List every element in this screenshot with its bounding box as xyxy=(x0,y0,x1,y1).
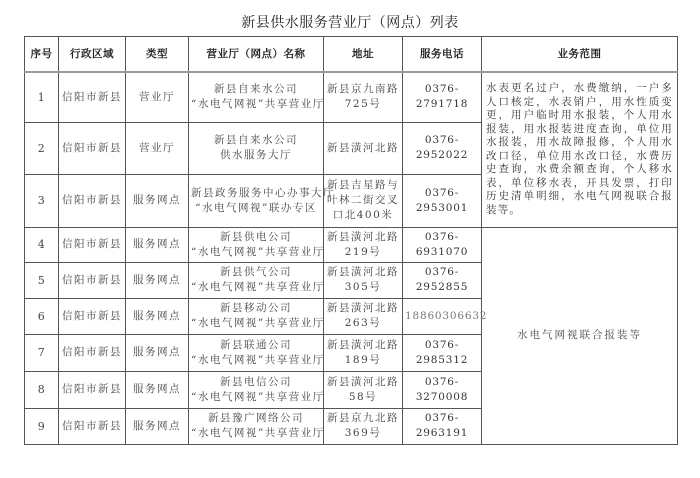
name-line-2: “水电气网视”共享营业厅 xyxy=(191,97,321,112)
cell-region: 信阳市新县 xyxy=(59,262,126,298)
name-line-1: 新县供气公司 xyxy=(191,265,321,280)
header-phone: 服务电话 xyxy=(403,37,482,73)
cell-region: 信阳市新县 xyxy=(59,227,126,262)
header-no: 序号 xyxy=(25,37,59,73)
cell-region: 信阳市新县 xyxy=(59,174,126,227)
address-line-2: 263号 xyxy=(326,316,400,331)
cell-name: 新县电信公司 “水电气网视”共享营业厅 xyxy=(189,371,324,408)
address-line-2: 219号 xyxy=(326,245,400,260)
cell-no: 9 xyxy=(25,408,59,444)
name-line-2: “水电气网视”共享营业厅 xyxy=(191,316,321,331)
cell-name: 新县豫广网络公司 “水电气网视”共享营业厅 xyxy=(189,408,324,444)
cell-name: 新县联通公司 “水电气网视”共享营业厅 xyxy=(189,334,324,371)
header-name: 营业厅（网点）名称 xyxy=(189,37,324,73)
address-line-1: 新县潢河北路 xyxy=(326,230,400,245)
cell-no: 7 xyxy=(25,334,59,371)
address-line-2: 305号 xyxy=(326,280,400,295)
address-line-3: 口北400米 xyxy=(326,208,400,223)
name-line-2: “水电气网视”共享营业厅 xyxy=(191,245,321,260)
cell-address: 新县吉星路与 叶林二街交叉 口北400米 xyxy=(324,174,403,227)
cell-no: 6 xyxy=(25,298,59,334)
cell-type: 服务网点 xyxy=(126,227,189,262)
table-header-row: 序号 行政区域 类型 营业厅（网点）名称 地址 服务电话 业务范围 xyxy=(25,37,678,73)
address-line-2: 叶林二街交叉 xyxy=(326,193,400,208)
address-line-1: 新县潢河北路 xyxy=(326,301,400,316)
cell-name: 新县政务服务中心办事大厅 “水电气网视”联办专区 xyxy=(189,174,324,227)
name-line-1: 新县移动公司 xyxy=(191,301,321,316)
page-title: 新县供水服务营业厅（网点）列表 xyxy=(0,12,700,32)
address-line-1: 新县京九南路 xyxy=(326,82,400,97)
cell-address: 新县潢河北路 305号 xyxy=(324,262,403,298)
name-line-1: 新县自来水公司 xyxy=(191,133,321,148)
cell-region: 信阳市新县 xyxy=(59,408,126,444)
cell-phone: 0376-2791718 xyxy=(403,72,482,122)
address-line-1: 新县吉星路与 xyxy=(326,178,400,193)
cell-address: 新县潢河北路 xyxy=(324,122,403,174)
header-scope: 业务范围 xyxy=(482,37,678,73)
cell-phone: 0376-2953001 xyxy=(403,174,482,227)
header-address: 地址 xyxy=(324,37,403,73)
cell-type: 服务网点 xyxy=(126,262,189,298)
name-line-1: 新县供电公司 xyxy=(191,230,321,245)
address-line-1: 新县潢河北路 xyxy=(326,141,400,156)
cell-scope-group-1: 水表更名过户，水费缴纳，一户多人口核定，水表销户，用水性质变更，用户临时用水报装… xyxy=(482,72,678,227)
cell-region: 信阳市新县 xyxy=(59,334,126,371)
cell-type: 营业厅 xyxy=(126,72,189,122)
name-line-2: “水电气网视”共享营业厅 xyxy=(191,426,321,441)
name-line-2: 供水服务大厅 xyxy=(191,148,321,163)
service-hall-table: 序号 行政区域 类型 营业厅（网点）名称 地址 服务电话 业务范围 1 信阳市新… xyxy=(24,36,678,445)
cell-no: 1 xyxy=(25,72,59,122)
cell-phone: 0376-2952855 xyxy=(403,262,482,298)
cell-name: 新县移动公司 “水电气网视”共享营业厅 xyxy=(189,298,324,334)
cell-type: 服务网点 xyxy=(126,174,189,227)
cell-type: 服务网点 xyxy=(126,371,189,408)
name-line-1: 新县豫广网络公司 xyxy=(191,411,321,426)
address-line-1: 新县潢河北路 xyxy=(326,375,400,390)
name-line-2: “水电气网视”共享营业厅 xyxy=(191,390,321,405)
table-row: 1 信阳市新县 营业厅 新县自来水公司 “水电气网视”共享营业厅 新县京九南路 … xyxy=(25,72,678,122)
cell-no: 2 xyxy=(25,122,59,174)
header-type: 类型 xyxy=(126,37,189,73)
cell-type: 服务网点 xyxy=(126,334,189,371)
cell-type: 营业厅 xyxy=(126,122,189,174)
header-region: 行政区域 xyxy=(59,37,126,73)
cell-region: 信阳市新县 xyxy=(59,72,126,122)
cell-address: 新县京九南路 725号 xyxy=(324,72,403,122)
cell-phone: 0376-2985312 xyxy=(403,334,482,371)
address-line-1: 新县潢河北路 xyxy=(326,338,400,353)
cell-phone: 0376-2963191 xyxy=(403,408,482,444)
cell-name: 新县供电公司 “水电气网视”共享营业厅 xyxy=(189,227,324,262)
cell-name: 新县自来水公司 供水服务大厅 xyxy=(189,122,324,174)
cell-address: 新县潢河北路 219号 xyxy=(324,227,403,262)
cell-name: 新县供气公司 “水电气网视”共享营业厅 xyxy=(189,262,324,298)
cell-phone: 0376-3270008 xyxy=(403,371,482,408)
cell-region: 信阳市新县 xyxy=(59,298,126,334)
address-line-2: 58号 xyxy=(326,390,400,405)
cell-address: 新县潢河北路 263号 xyxy=(324,298,403,334)
name-line-2: “水电气网视”共享营业厅 xyxy=(191,280,321,295)
cell-no: 4 xyxy=(25,227,59,262)
address-line-2: 369号 xyxy=(326,426,400,441)
cell-region: 信阳市新县 xyxy=(59,371,126,408)
address-line-2: 725号 xyxy=(326,97,400,112)
cell-no: 8 xyxy=(25,371,59,408)
name-line-1: 新县政务服务中心办事大厅 xyxy=(191,186,321,201)
cell-name: 新县自来水公司 “水电气网视”共享营业厅 xyxy=(189,72,324,122)
cell-region: 信阳市新县 xyxy=(59,122,126,174)
name-line-2: “水电气网视”联办专区 xyxy=(191,201,321,216)
cell-scope-group-2: 水电气网视联合报装等 xyxy=(482,227,678,444)
table-row: 4 信阳市新县 服务网点 新县供电公司 “水电气网视”共享营业厅 新县潢河北路 … xyxy=(25,227,678,262)
cell-no: 5 xyxy=(25,262,59,298)
address-line-1: 新县京九北路 xyxy=(326,411,400,426)
cell-address: 新县潢河北路 58号 xyxy=(324,371,403,408)
address-line-1: 新县潢河北路 xyxy=(326,265,400,280)
cell-type: 服务网点 xyxy=(126,408,189,444)
name-line-1: 新县自来水公司 xyxy=(191,82,321,97)
cell-address: 新县京九北路 369号 xyxy=(324,408,403,444)
cell-address: 新县潢河北路 189号 xyxy=(324,334,403,371)
name-line-1: 新县电信公司 xyxy=(191,375,321,390)
address-line-2: 189号 xyxy=(326,353,400,368)
cell-phone: 0376-2952022 xyxy=(403,122,482,174)
name-line-1: 新县联通公司 xyxy=(191,338,321,353)
cell-no: 3 xyxy=(25,174,59,227)
cell-type: 服务网点 xyxy=(126,298,189,334)
cell-phone: 18860306632 xyxy=(403,298,482,334)
cell-phone: 0376-6931070 xyxy=(403,227,482,262)
name-line-2: “水电气网视”共享营业厅 xyxy=(191,353,321,368)
